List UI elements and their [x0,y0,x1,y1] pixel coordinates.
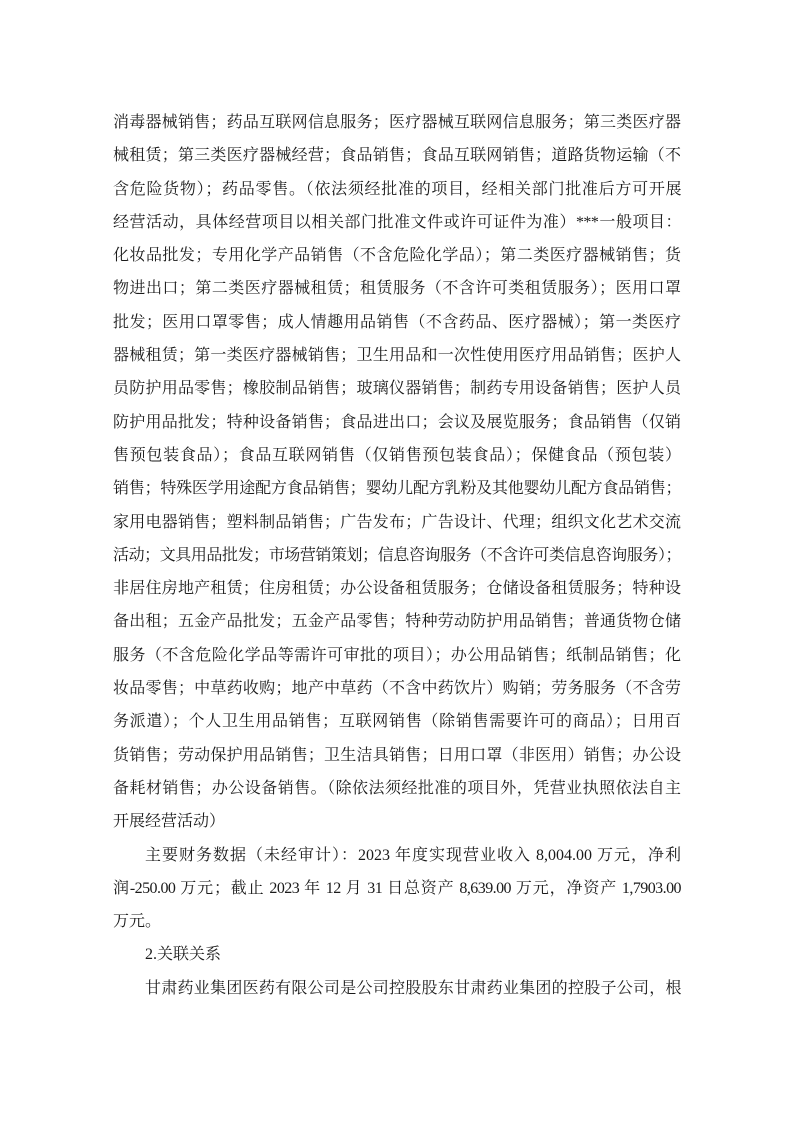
text-line-16: 备出租；五金产品批发；五金产品零售；特种劳动防护用品销售；普通货物仓储 [113,605,681,638]
text-line-5: 化妆品批发；专用化学产品销售（不含危险化学品）；第二类医疗器械销售；货 [113,239,681,272]
text-line-3: 含危险货物）；药品零售。（依法须经批准的项目，经相关部门批准后方可开展 [113,173,681,206]
text-line-12: 销售；特殊医学用途配方食品销售；婴幼儿配方乳粉及其他婴幼儿配方食品销售； [113,472,681,505]
text-line-8: 器械租赁；第一类医疗器械销售；卫生用品和一次性使用医疗用品销售；医护人 [113,339,681,372]
text-line-17: 服务（不含危险化学品等需许可审批的项目）；办公用品销售；纸制品销售；化 [113,639,681,672]
text-line-9: 员防护用品零售；橡胶制品销售；玻璃仪器销售；制药专用设备销售；医护人员 [113,372,681,405]
text-line-2: 械租赁；第三类医疗器械经营；食品销售；食品互联网销售；道路货物运输（不 [113,139,681,172]
document-page: 消毒器械销售；药品互联网信息服务；医疗器械互联网信息服务；第三类医疗器 械租赁；… [0,0,794,1122]
text-line-13: 家用电器销售；塑料制品销售；广告发布；广告设计、代理；组织文化艺术交流 [113,506,681,539]
text-line-15: 非居住房地产租赁；住房租赁；办公设备租赁服务；仓储设备租赁服务；特种设 [113,572,681,605]
text-line-21: 备耗材销售；办公设备销售。（除依法须经批准的项目外，凭营业执照依法自主 [113,772,681,805]
text-line-20: 货销售；劳动保护用品销售；卫生洁具销售；日用口罩（非医用）销售；办公设 [113,739,681,772]
text-line-7: 批发；医用口罩零售；成人情趣用品销售（不含药品、医疗器械）；第一类医疗 [113,306,681,339]
financial-data-line-1: 主要财务数据（未经审计）：2023 年度实现营业收入 8,004.00 万元，净… [113,839,681,872]
financial-data-line-3: 万元。 [113,905,681,938]
text-line-19: 务派遣）；个人卫生用品销售；互联网销售（除销售需要许可的商品）；日用百 [113,705,681,738]
text-line-14: 活动；文具用品批发；市场营销策划；信息咨询服务（不含许可类信息咨询服务）； [113,539,681,572]
text-line-18: 妆品零售；中草药收购；地产中草药（不含中药饮片）购销；劳务服务（不含劳 [113,672,681,705]
section-heading-related-party: 2.关联关系 [113,938,681,971]
text-line-11: 售预包装食品）；食品互联网销售（仅销售预包装食品）；保健食品（预包装） [113,439,681,472]
text-line-4: 经营活动，具体经营项目以相关部门批准文件或许可证件为准）***一般项目： [113,206,681,239]
page-body: 消毒器械销售；药品互联网信息服务；医疗器械互联网信息服务；第三类医疗器 械租赁；… [113,106,681,1005]
financial-data-line-2: 润-250.00 万元；截止 2023 年 12 月 31 日总资产 8,639… [113,872,681,905]
related-party-paragraph-line-1: 甘肃药业集团医药有限公司是公司控股股东甘肃药业集团的控股子公司，根 [113,972,681,1005]
text-line-22: 开展经营活动） [113,805,681,838]
text-line-1: 消毒器械销售；药品互联网信息服务；医疗器械互联网信息服务；第三类医疗器 [113,106,681,139]
text-line-6: 物进出口；第二类医疗器械租赁；租赁服务（不含许可类租赁服务）；医用口罩 [113,272,681,305]
text-line-10: 防护用品批发；特种设备销售；食品进出口；会议及展览服务；食品销售（仅销 [113,406,681,439]
